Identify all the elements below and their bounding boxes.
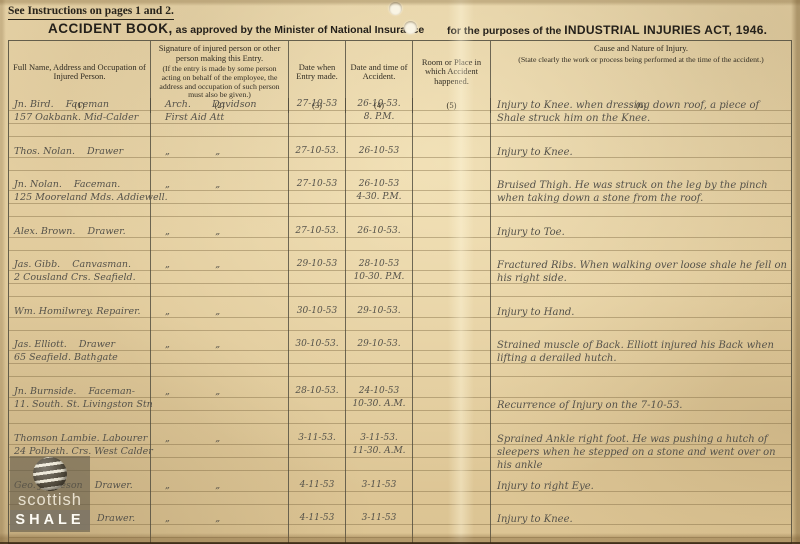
place-cell [413,225,491,258]
title-accident-book: ACCIDENT BOOK, [48,21,173,36]
accident-time: 10-30. A.M. [346,399,412,410]
signature-line: „ „ [165,179,220,190]
entry-date-cell: 4-11-53 [289,479,346,512]
place-cell [413,178,491,225]
place-cell [413,338,491,385]
cause-text: Injury to Hand. [497,305,789,319]
instructions-note: See Instructions on pages 1 and 2. [8,5,174,20]
signature-line: „ „ [165,259,220,270]
signature-line: „ „ [165,386,220,397]
signature-line: „ „ [165,513,220,524]
signature-cell: „ „ [151,305,289,338]
signature-line: „ „ [165,226,220,237]
entry-date: 4-11-53 [289,480,345,491]
accident-date-cell: 26-10-53 [346,145,413,178]
table-row: Drawer. „ „ 4-11-53 3-11-53 Injury to Kn… [9,512,791,544]
accident-time: 4-30. P.M. [346,192,412,203]
entry-date-cell: 3-11-53. [289,432,346,479]
cause-text: Injury to Toe. [497,225,789,239]
accident-date-cell: 3-11-53. 11-30. A.M. [346,432,413,479]
accident-date: 3-11-53. [346,433,412,444]
name-line: Jn. Nolan. Faceman. [14,179,120,190]
name-cell: Jn. Nolan. Faceman. 125 Mooreland Mds. A… [9,178,151,225]
entry-date-cell: 4-11-53 [289,512,346,544]
accident-date-cell: 3-11-53 [346,512,413,544]
signature-cell: „ „ [151,258,289,305]
accident-date-cell: 26-10-53. [346,225,413,258]
entry-date-cell: 28-10-53. [289,385,346,432]
place-cell [413,512,491,544]
table-row: Thos. Nolan. Drawer „ „ 27-10-53. 26-10-… [9,145,791,178]
name-line: Alex. Brown. Drawer. [14,226,126,237]
title-right-lead: for the purposes of the [447,25,564,37]
cause-cell: Bruised Thigh. He was struck on the leg … [491,178,791,225]
accident-table: Full Name, Address and Occupation of Inj… [8,40,792,544]
page-title-right: for the purposes of the INDUSTRIAL INJUR… [447,23,747,37]
title-left-rest: as approved by the Minister of National … [173,24,424,36]
name-line: Wm. Homilwrey. Repairer. [14,306,141,317]
cause-text: Injury to right Eye. [497,479,789,493]
name-cell: Jas. Elliott. Drawer 65 Seafield. Bathga… [9,338,151,385]
name-line: Thomson Lambie. Labourer [14,433,147,444]
hole-punch [404,21,417,34]
accident-date: 24-10-53 [346,386,412,397]
place-cell [413,145,491,178]
table-body: Jn. Bird. Faceman 157 Oakbank. Mid-Calde… [9,98,791,544]
cause-cell: Injury to Toe. [491,225,791,258]
cause-cell: Injury to Hand. [491,305,791,338]
signature-cell: „ „ [151,178,289,225]
cause-text: Fractured Ribs. When walking over loose … [497,258,789,285]
signature-line: First Aid Att [165,112,224,123]
signature-line: „ „ [165,480,220,491]
name-line: Thos. Nolan. Drawer [14,146,123,157]
place-cell [413,479,491,512]
cause-cell: Injury to right Eye. [491,479,791,512]
cause-text: Bruised Thigh. He was struck on the leg … [497,178,789,205]
cause-cell: Strained muscle of Back. Elliott injured… [491,338,791,385]
name-line: Jas. Elliott. Drawer [14,339,115,350]
hole-punch [389,2,402,15]
header-sublabel: (If the entry is made by some person act… [155,65,284,100]
cause-text: Injury to Knee. [497,512,789,526]
entry-date-cell: 30-10-53 [289,305,346,338]
signature-cell: „ „ [151,338,289,385]
table-row: Jas. Gibb. Canvasman. 2 Cousland Crs. Se… [9,258,791,305]
cause-cell: Sprained Ankle right foot. He was pushin… [491,432,791,479]
name-cell: Thos. Nolan. Drawer [9,145,151,178]
table-row: Jn. Nolan. Faceman. 125 Mooreland Mds. A… [9,178,791,225]
entry-date-cell: 27-10-53. [289,145,346,178]
accident-date-cell: 29-10-53. [346,338,413,385]
name-cell: Jn. Bird. Faceman 157 Oakbank. Mid-Calde… [9,98,151,145]
place-cell [413,385,491,432]
address-line: 125 Mooreland Mds. Addiewell. [14,192,168,203]
header-label: Cause and Nature of Injury. [594,44,688,54]
table-row: Wm. Homilwrey. Repairer. „ „ 30-10-53 29… [9,305,791,338]
cause-cell: Fractured Ribs. When walking over loose … [491,258,791,305]
watermark-line2: SHALE [10,510,90,530]
table-row: Thomson Lambie. Labourer 24 Polbeth. Crs… [9,432,791,479]
cause-text: Sprained Ankle right foot. He was pushin… [497,432,789,472]
signature-cell: „ „ [151,145,289,178]
watermark-line1: scottish [18,492,82,509]
table-header-row: Full Name, Address and Occupation of Inj… [9,41,791,98]
cause-cell: Recurrence of Injury on the 7-10-53. [491,385,791,432]
name-cell: Alex. Brown. Drawer. [9,225,151,258]
header-label: Room or Place in which Accident happened… [417,58,486,87]
table-row: Geo. Jamieson Drawer. „ „ 4-11-53 3-11-5… [9,479,791,512]
name-line: Jn. Bird. Faceman [14,99,109,110]
entry-date: 4-11-53 [289,513,345,524]
accident-date-cell: 26-10-53. 8. P.M. [346,98,413,145]
title-act-name: INDUSTRIAL INJURIES ACT, 1946. [564,23,767,37]
address-line: 157 Oakbank. Mid-Calder [14,112,138,123]
entry-date: 30-10-53. [289,339,345,350]
signature-line: „ „ [165,339,220,350]
cause-text: Recurrence of Injury on the 7-10-53. [497,385,789,412]
signature-line: Arch. Davidson [165,99,256,110]
name-cell: Wm. Homilwrey. Repairer. [9,305,151,338]
header-sublabel: (State clearly the work or process being… [518,56,764,65]
globe-icon [33,457,67,491]
cause-text: Strained muscle of Back. Elliott injured… [497,338,789,365]
cause-cell: Injury to Knee. when dressing down roof,… [491,98,791,145]
place-cell [413,258,491,305]
header-label: Signature of injured person or other per… [155,44,284,63]
entry-date: 27-10-53. [289,226,345,237]
signature-cell: „ „ [151,225,289,258]
entry-date: 3-11-53. [289,433,345,444]
address-line: 2 Cousland Crs. Seafield. [14,272,136,283]
accident-date: 26-10-53 [346,179,412,190]
name-cell: Jn. Burnside. Faceman- 11. South. St. Li… [9,385,151,432]
accident-date: 29-10-53. [346,339,412,350]
name-cell: Jas. Gibb. Canvasman. 2 Cousland Crs. Se… [9,258,151,305]
accident-date: 29-10-53. [346,306,412,317]
watermark-logo: scottish SHALE [10,456,90,532]
signature-cell: „ „ [151,479,289,512]
address-line: 65 Seafield. Bathgate [14,352,118,363]
signature-cell: „ „ [151,432,289,479]
header-label: Date and time of Accident. [350,63,408,82]
entry-date: 29-10-53 [289,259,345,270]
header-label: Date when Entry made. [293,63,341,82]
signature-cell: „ „ [151,385,289,432]
address-line: 11. South. St. Livingston Stn [14,399,153,410]
cause-cell: Injury to Knee. [491,512,791,544]
accident-date-cell: 24-10-53 10-30. A.M. [346,385,413,432]
entry-date-cell: 27-10-53. [289,225,346,258]
accident-date: 26-10-53. [346,226,412,237]
header-label: Full Name, Address and Occupation of Inj… [13,63,146,82]
table-row: Jas. Elliott. Drawer 65 Seafield. Bathga… [9,338,791,385]
place-cell [413,98,491,145]
cause-cell: Injury to Knee. [491,145,791,178]
signature-line: „ „ [165,306,220,317]
accident-date-cell: 28-10-53 10-30. P.M. [346,258,413,305]
entry-date: 28-10-53. [289,386,345,397]
entry-date-cell: 27-10-53 [289,178,346,225]
page-title-left: ACCIDENT BOOK, as approved by the Minist… [48,21,393,36]
cause-text: Injury to Knee. [497,145,789,159]
entry-date: 27-10-53 [289,99,345,110]
accident-time: 11-30. A.M. [346,446,412,457]
signature-line: „ „ [165,146,220,157]
name-line: Drawer. [97,513,135,524]
signature-cell: Arch. Davidson First Aid Att [151,98,289,145]
table-row: Jn. Bird. Faceman 157 Oakbank. Mid-Calde… [9,98,791,145]
entry-date-cell: 27-10-53 [289,98,346,145]
accident-date-cell: 3-11-53 [346,479,413,512]
entry-date: 27-10-53. [289,146,345,157]
cause-text: Injury to Knee. when dressing down roof,… [497,98,789,125]
entry-date-cell: 30-10-53. [289,338,346,385]
entry-date: 30-10-53 [289,306,345,317]
table-row: Alex. Brown. Drawer. „ „ 27-10-53. 26-10… [9,225,791,258]
entry-date-cell: 29-10-53 [289,258,346,305]
accident-time: 10-30. P.M. [346,272,412,283]
place-cell [413,305,491,338]
accident-time: 8. P.M. [346,112,412,123]
signature-cell: „ „ [151,512,289,544]
name-line: Jas. Gibb. Canvasman. [14,259,131,270]
place-cell [413,432,491,479]
accident-date-cell: 26-10-53 4-30. P.M. [346,178,413,225]
table-row: Jn. Burnside. Faceman- 11. South. St. Li… [9,385,791,432]
name-line: Jn. Burnside. Faceman- [14,386,135,397]
entry-date: 27-10-53 [289,179,345,190]
accident-date: 26-10-53 [346,146,412,157]
accident-date: 26-10-53. [346,99,412,110]
accident-date: 3-11-53 [346,513,412,524]
signature-line: „ „ [165,433,220,444]
accident-date-cell: 29-10-53. [346,305,413,338]
accident-date: 3-11-53 [346,480,412,491]
accident-date: 28-10-53 [346,259,412,270]
